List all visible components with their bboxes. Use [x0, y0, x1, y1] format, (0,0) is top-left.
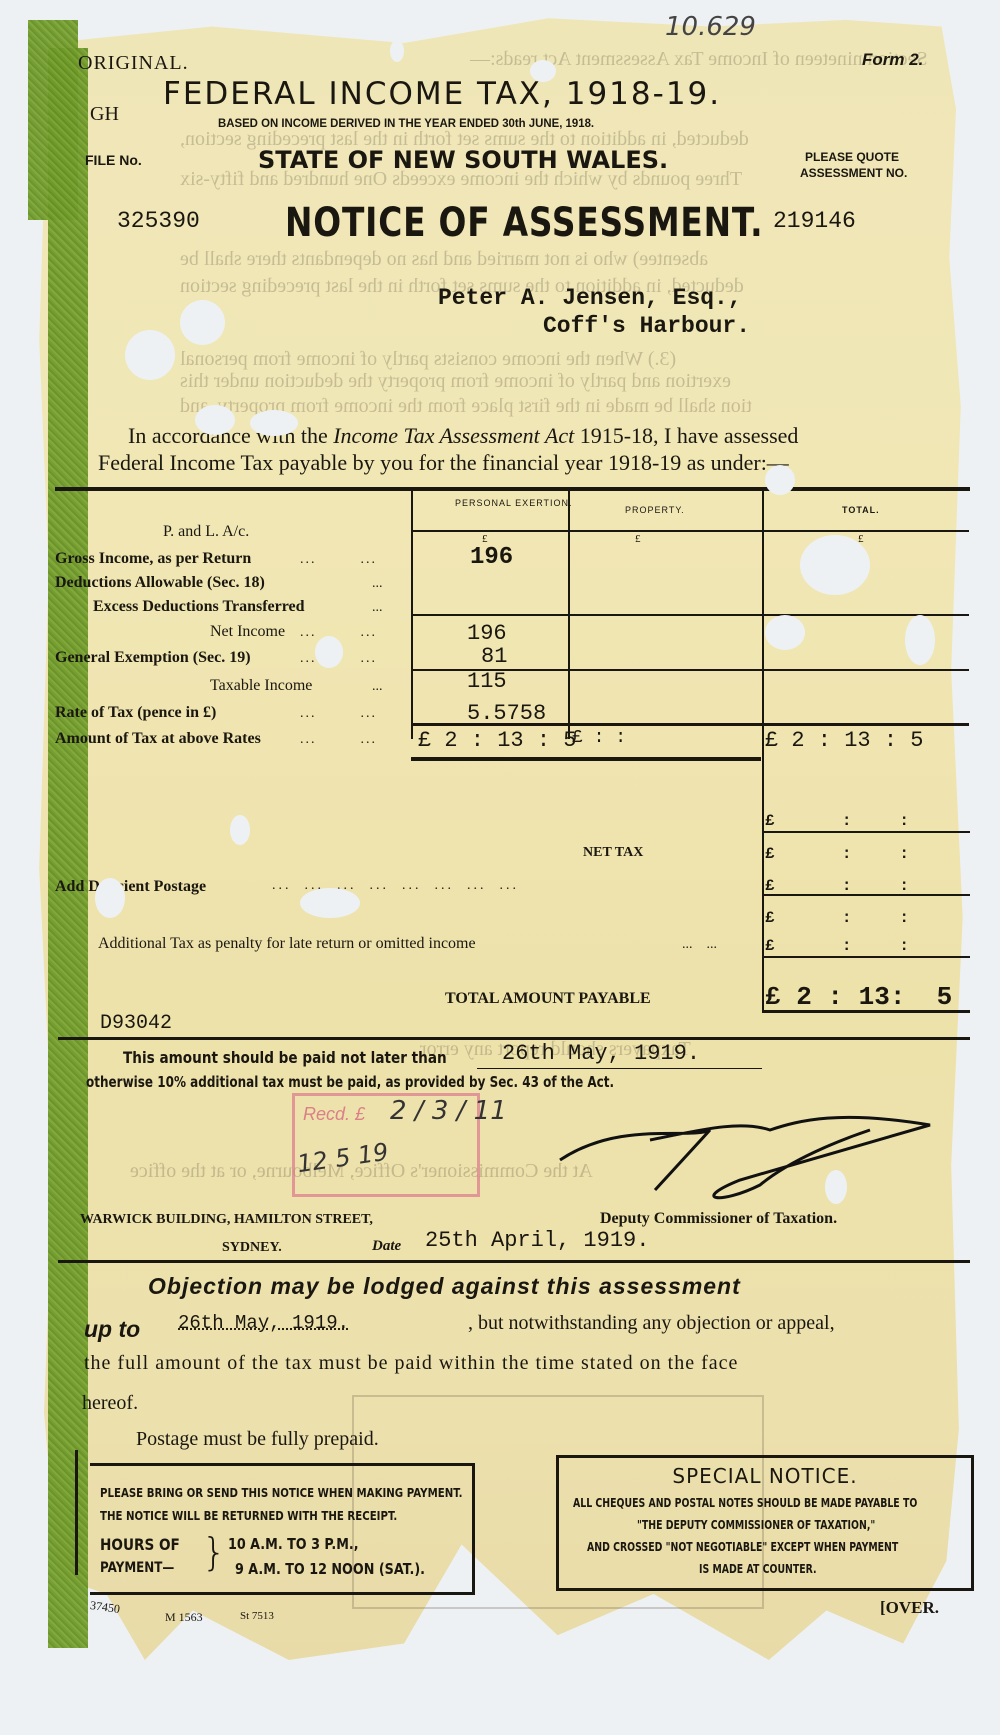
row-rule — [762, 894, 970, 896]
leader-dots: ... ... — [300, 732, 377, 748]
notice-title: NOTICE OF ASSESSMENT. — [285, 200, 763, 246]
paper-hole — [470, 1625, 550, 1685]
total-payable-label: TOTAL AMOUNT PAYABLE — [445, 990, 651, 1008]
special-notice-box: SPECIAL NOTICE. ALL CHEQUES AND POSTAL N… — [556, 1455, 974, 1591]
additional-tax-total: £ : : — [765, 937, 909, 955]
paper-hole — [95, 878, 125, 918]
special-notice-line-1: ALL CHEQUES AND POSTAL NOTES SHOULD BE M… — [573, 1496, 917, 1510]
addressee-town: Coff's Harbour. — [543, 313, 750, 339]
print-number: 37450 — [89, 1598, 121, 1617]
additional-tax-label: Additional Tax as penalty for late retur… — [98, 935, 476, 953]
hours-label-2: PAYMENT— — [100, 1560, 174, 1576]
column-header-property: PROPERTY. — [625, 505, 685, 515]
column-header-total: TOTAL. — [842, 505, 880, 515]
deficient-postage-total: £ : : — [765, 877, 909, 895]
total-underline — [762, 1010, 970, 1013]
paper-hole — [300, 888, 360, 918]
payment-instruction-2: THE NOTICE WILL BE RETURNED WITH THE REC… — [100, 1509, 397, 1523]
special-notice-title: SPECIAL NOTICE. — [559, 1464, 971, 1488]
payment-instructions-box: PLEASE BRING OR SEND THIS NOTICE WHEN MA… — [90, 1463, 475, 1595]
issue-date: 25th April, 1919. — [425, 1228, 649, 1253]
document-title: FEDERAL INCOME TAX, 1918-19. — [163, 76, 721, 112]
amount-of-tax-personal: £ 2 : 13 : 5 — [418, 728, 576, 753]
state-name: STATE OF NEW SOUTH WALES. — [258, 146, 668, 174]
document-subtitle: BASED ON INCOME DERIVED IN THE YEAR ENDE… — [218, 116, 594, 130]
row-rule — [762, 956, 970, 958]
amount-of-tax-property: £ : : — [572, 728, 626, 748]
special-notice-line-3: AND CROSSED "NOT NEGOTIABLE" EXCEPT WHEN… — [587, 1540, 898, 1554]
leader-dots: ... — [372, 576, 383, 592]
row-label-taxable-income: Taxable Income — [210, 677, 312, 695]
row-label-deductions: Deductions Allowable (Sec. 18) — [55, 574, 265, 592]
quote-label: PLEASE QUOTE — [805, 150, 899, 164]
objection-line-4: hereof. — [82, 1392, 138, 1415]
net-tax-label: NET TAX — [583, 845, 643, 861]
row-label-net-income: Net Income — [210, 623, 285, 641]
row-label-pl: P. and L. A/c. — [163, 523, 249, 541]
show-through-text: (3.) When the income consists partly of … — [180, 348, 676, 371]
file-no-label: FILE No. — [85, 152, 142, 168]
leader-dots: ... ... — [682, 937, 717, 953]
objection-line-2: , but notwithstanding any objection or a… — [468, 1312, 835, 1335]
leader-dots: ... — [372, 600, 383, 616]
postage-notice: Postage must be fully prepaid. — [136, 1428, 379, 1451]
office-address-1: WARWICK BUILDING, HAMILTON STREET, — [80, 1212, 373, 1228]
left-margin-code: GH — [90, 103, 119, 126]
paper-hole — [390, 40, 404, 62]
general-exemption-personal: 81 — [481, 644, 507, 669]
paper-hole — [530, 60, 556, 82]
addressee-name: Peter A. Jensen, Esq., — [438, 285, 742, 311]
section-rule — [58, 1037, 970, 1040]
stamp-amount: 2 / 3 / 11 — [390, 1096, 507, 1126]
date-underline — [477, 1068, 762, 1069]
archive-number: 10.629 — [665, 12, 756, 42]
print-code-1: M 1563 — [165, 1610, 203, 1625]
row-label-amount-of-tax: Amount of Tax at above Rates — [55, 730, 261, 748]
row-rule — [411, 757, 761, 761]
brace: } — [202, 1530, 226, 1574]
objection-up-to: up to — [84, 1316, 140, 1343]
payment-due-text: This amount should be paid not later tha… — [123, 1048, 447, 1067]
taxable-income-personal: 115 — [467, 669, 507, 694]
over-marker: [OVER. — [880, 1598, 939, 1618]
row-rule — [411, 614, 969, 616]
table-top-rule — [55, 487, 970, 491]
table-divider — [762, 491, 764, 1011]
payment-due-date: 26th May, 1919. — [502, 1041, 700, 1066]
form-label: Form 2. — [862, 50, 923, 70]
hours-label-1: HOURS OF — [100, 1535, 180, 1554]
intro-line-2: Federal Income Tax payable by you for th… — [98, 450, 789, 476]
penalty-notice: otherwise 10% additional tax must be pai… — [86, 1073, 614, 1091]
paper-hole — [230, 815, 250, 845]
rate-of-tax-personal: 5.5758 — [467, 701, 546, 726]
objection-heading: Objection may be lodged against this ass… — [148, 1273, 741, 1300]
net-tax-total: £ : : — [765, 845, 909, 863]
deficient-postage-label: Add Deficient Postage — [55, 878, 206, 896]
paper-hole — [180, 300, 225, 345]
row-label-rate-of-tax: Rate of Tax (pence in £) — [55, 704, 216, 722]
row-label-general-exemption: General Exemption (Sec. 19) — [55, 649, 251, 667]
quote-label: ASSESSMENT NO. — [800, 166, 907, 180]
paper-hole — [250, 410, 298, 436]
paper-hole — [825, 1170, 847, 1204]
received-stamp: Recd. £ 2 / 3 / 11 12 5 19 — [292, 1093, 480, 1197]
pound-sign: £ — [635, 533, 641, 545]
leader-dots: ... ... — [300, 625, 377, 641]
paper-hole — [800, 535, 870, 595]
row-rule — [762, 831, 970, 833]
empty-total-entry: £ : : — [765, 812, 909, 830]
paper-hole — [765, 465, 795, 495]
subtotal-entry: £ : : — [765, 909, 909, 927]
date-label: Date — [372, 1238, 401, 1255]
weekday-hours: 10 A.M. TO 3 P.M., — [228, 1535, 359, 1553]
paper-hole — [765, 615, 805, 650]
file-number: 325390 — [117, 208, 200, 234]
payment-instruction-1: PLEASE BRING OR SEND THIS NOTICE WHEN MA… — [100, 1486, 463, 1500]
show-through-text: exertion and partly of income from prope… — [180, 370, 731, 393]
leader-dots: ... — [372, 679, 383, 695]
row-label-gross-income: Gross Income, as per Return — [55, 550, 251, 568]
row-label-excess-deductions: Excess Deductions Transferred — [93, 598, 305, 616]
commissioner-signature — [540, 1100, 960, 1210]
paper-hole — [905, 615, 935, 665]
paper-hole — [125, 330, 175, 380]
signatory-title: Deputy Commissioner of Taxation. — [600, 1210, 837, 1228]
reference-code: D93042 — [100, 1012, 172, 1035]
assessment-number: 219146 — [773, 208, 856, 234]
amount-of-tax-total: £ 2 : 13 : 5 — [765, 728, 923, 753]
gross-income-personal: 196 — [470, 544, 513, 571]
total-payable-amount: £ 2 : 13: 5 — [765, 982, 952, 1012]
stamp-label: Recd. £ — [303, 1104, 365, 1125]
print-code-2: St 7513 — [240, 1610, 274, 1622]
show-through-text: absentee) who is not married and has no … — [180, 248, 708, 271]
copy-label: ORIGINAL. — [78, 52, 189, 75]
leader-dots: ... ... — [300, 552, 377, 568]
objection-line-3: the full amount of the tax must be paid … — [84, 1352, 738, 1375]
header-rule — [411, 530, 969, 532]
objection-deadline: 26th May, 1919. — [178, 1312, 349, 1334]
paper-hole — [315, 636, 343, 668]
paper-hole — [195, 405, 235, 435]
stamp-date-handwritten: 12 5 19 — [295, 1138, 390, 1178]
column-header-personal: PERSONAL EXERTION. — [455, 498, 573, 508]
net-income-personal: 196 — [467, 621, 507, 646]
box-left-edge — [75, 1450, 78, 1575]
leader-dots: ... ... — [300, 706, 377, 722]
section-rule — [58, 1260, 970, 1263]
office-address-2: SYDNEY. — [222, 1240, 282, 1256]
special-notice-line-4: IS MADE AT COUNTER. — [699, 1562, 817, 1576]
special-notice-line-2: "THE DEPUTY COMMISSIONER OF TAXATION," — [637, 1518, 875, 1532]
saturday-hours: 9 A.M. TO 12 NOON (SAT.). — [235, 1560, 425, 1578]
